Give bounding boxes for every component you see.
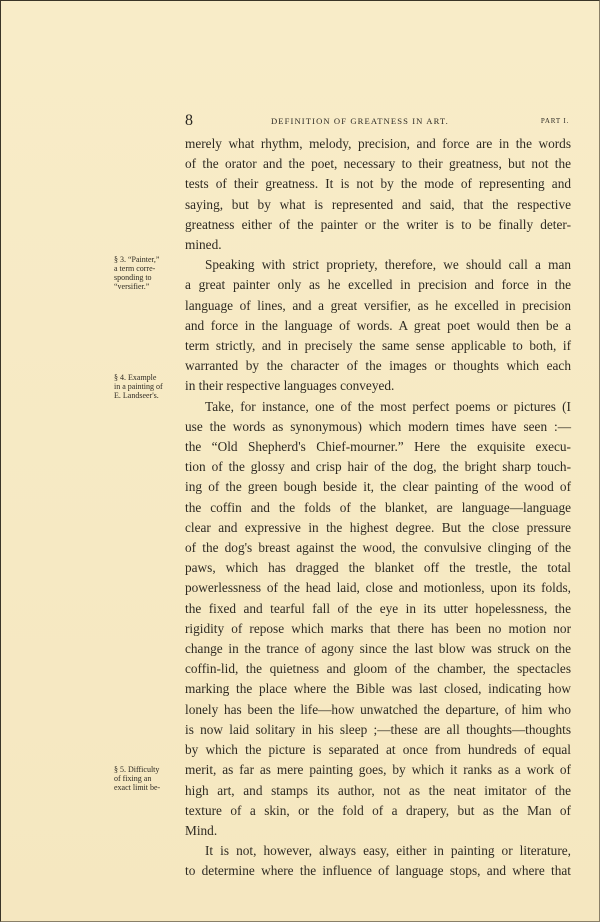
sidenote-line: § 5. Difficulty bbox=[114, 765, 186, 774]
text-line: the fixed and tearful fall of the eye in… bbox=[185, 599, 571, 619]
paragraph-section-4: Take, for instance, one of the most perf… bbox=[185, 397, 571, 841]
sidenote-section-4: § 4. Example in a painting of E. Landsee… bbox=[114, 373, 186, 400]
text-line: Speaking with strict propriety, therefor… bbox=[185, 255, 571, 275]
sidenote-line: sponding to bbox=[114, 273, 186, 282]
text-line: It is not, however, always easy, either … bbox=[185, 841, 571, 861]
sidenote-section-3: § 3. “Painter,” a term corre- sponding t… bbox=[114, 255, 186, 291]
body-text: merely what rhythm, melody, precision, a… bbox=[185, 134, 571, 882]
text-line: saying, but by what is represented and s… bbox=[185, 195, 571, 215]
sidenote-line: “versifier.” bbox=[114, 282, 186, 291]
text-line: tion of the glossy and crisp hair of the… bbox=[185, 457, 571, 477]
text-line: clear and expressive in the highest degr… bbox=[185, 518, 571, 538]
text-line: term strictly, and in precisely the same… bbox=[185, 336, 571, 356]
sidenote-section-5: § 5. Difficulty of fixing an exact limit… bbox=[114, 765, 186, 792]
text-line: paws, which has dragged the blanket off … bbox=[185, 558, 571, 578]
sidenote-line: a term corre- bbox=[114, 264, 186, 273]
part-label: PART I. bbox=[541, 117, 569, 125]
running-title: DEFINITION OF GREATNESS IN ART. bbox=[271, 116, 449, 126]
text-line: mined. bbox=[185, 235, 571, 255]
text-line: to determine where the influence of lang… bbox=[185, 861, 571, 881]
paragraph-section-3: Speaking with strict propriety, therefor… bbox=[185, 255, 571, 396]
sidenote-line: § 4. Example bbox=[114, 373, 186, 382]
text-line: of the orator and the poet, necessary to… bbox=[185, 154, 571, 174]
sidenote-line: in a painting of bbox=[114, 382, 186, 391]
text-line: rigidity of repose which marks that ther… bbox=[185, 619, 571, 639]
text-line: warranted by the character of the images… bbox=[185, 356, 571, 376]
text-line: merely what rhythm, melody, precision, a… bbox=[185, 134, 571, 154]
book-page: 8 DEFINITION OF GREATNESS IN ART. PART I… bbox=[0, 0, 600, 922]
text-line: powerlessness of the head laid, close an… bbox=[185, 578, 571, 598]
text-line: tests of their greatness. It is not by t… bbox=[185, 174, 571, 194]
text-line: is now laid solitary in his sleep ;—thes… bbox=[185, 720, 571, 740]
text-line: greatness either of the painter or the w… bbox=[185, 215, 571, 235]
paragraph-section-5: It is not, however, always easy, either … bbox=[185, 841, 571, 881]
text-line: use the words as synonymous) which moder… bbox=[185, 417, 571, 437]
text-line: the “Old Shepherd's Chief-mourner.” Here… bbox=[185, 437, 571, 457]
text-line: texture of a skin, or the fold of a drap… bbox=[185, 801, 571, 821]
text-line: a great painter only as he excelled in p… bbox=[185, 275, 571, 295]
text-line: the coffin and the folds of the blanket,… bbox=[185, 498, 571, 518]
sidenote-line: § 3. “Painter,” bbox=[114, 255, 186, 264]
text-line: merit, as far as mere painting goes, by … bbox=[185, 760, 571, 780]
text-line: of the dog's breast against the wood, th… bbox=[185, 538, 571, 558]
text-line: coffin-lid, the quietness and gloom of t… bbox=[185, 659, 571, 679]
sidenote-line: E. Landseer's. bbox=[114, 391, 186, 400]
text-line: language of lines, and a great versifier… bbox=[185, 296, 571, 316]
text-line: marking the place where the Bible was la… bbox=[185, 679, 571, 699]
text-line: lonely has been the life—how unwatched t… bbox=[185, 700, 571, 720]
paragraph-continuation: merely what rhythm, melody, precision, a… bbox=[185, 134, 571, 255]
text-line: in their respective languages conveyed. bbox=[185, 376, 571, 396]
text-line: change in the trance of agony since the … bbox=[185, 639, 571, 659]
text-line: ing of the green bough beside it, the cl… bbox=[185, 477, 571, 497]
page-number: 8 bbox=[185, 112, 193, 130]
sidenote-line: of fixing an bbox=[114, 774, 186, 783]
text-line: and force in the language of words. A gr… bbox=[185, 316, 571, 336]
text-line: high art, and stamps its author, not as … bbox=[185, 781, 571, 801]
text-line: Take, for instance, one of the most perf… bbox=[185, 397, 571, 417]
sidenote-line: exact limit be- bbox=[114, 783, 186, 792]
text-line: by which the picture is separated at onc… bbox=[185, 740, 571, 760]
text-line: Mind. bbox=[185, 821, 571, 841]
running-head: 8 DEFINITION OF GREATNESS IN ART. PART I… bbox=[185, 112, 571, 128]
